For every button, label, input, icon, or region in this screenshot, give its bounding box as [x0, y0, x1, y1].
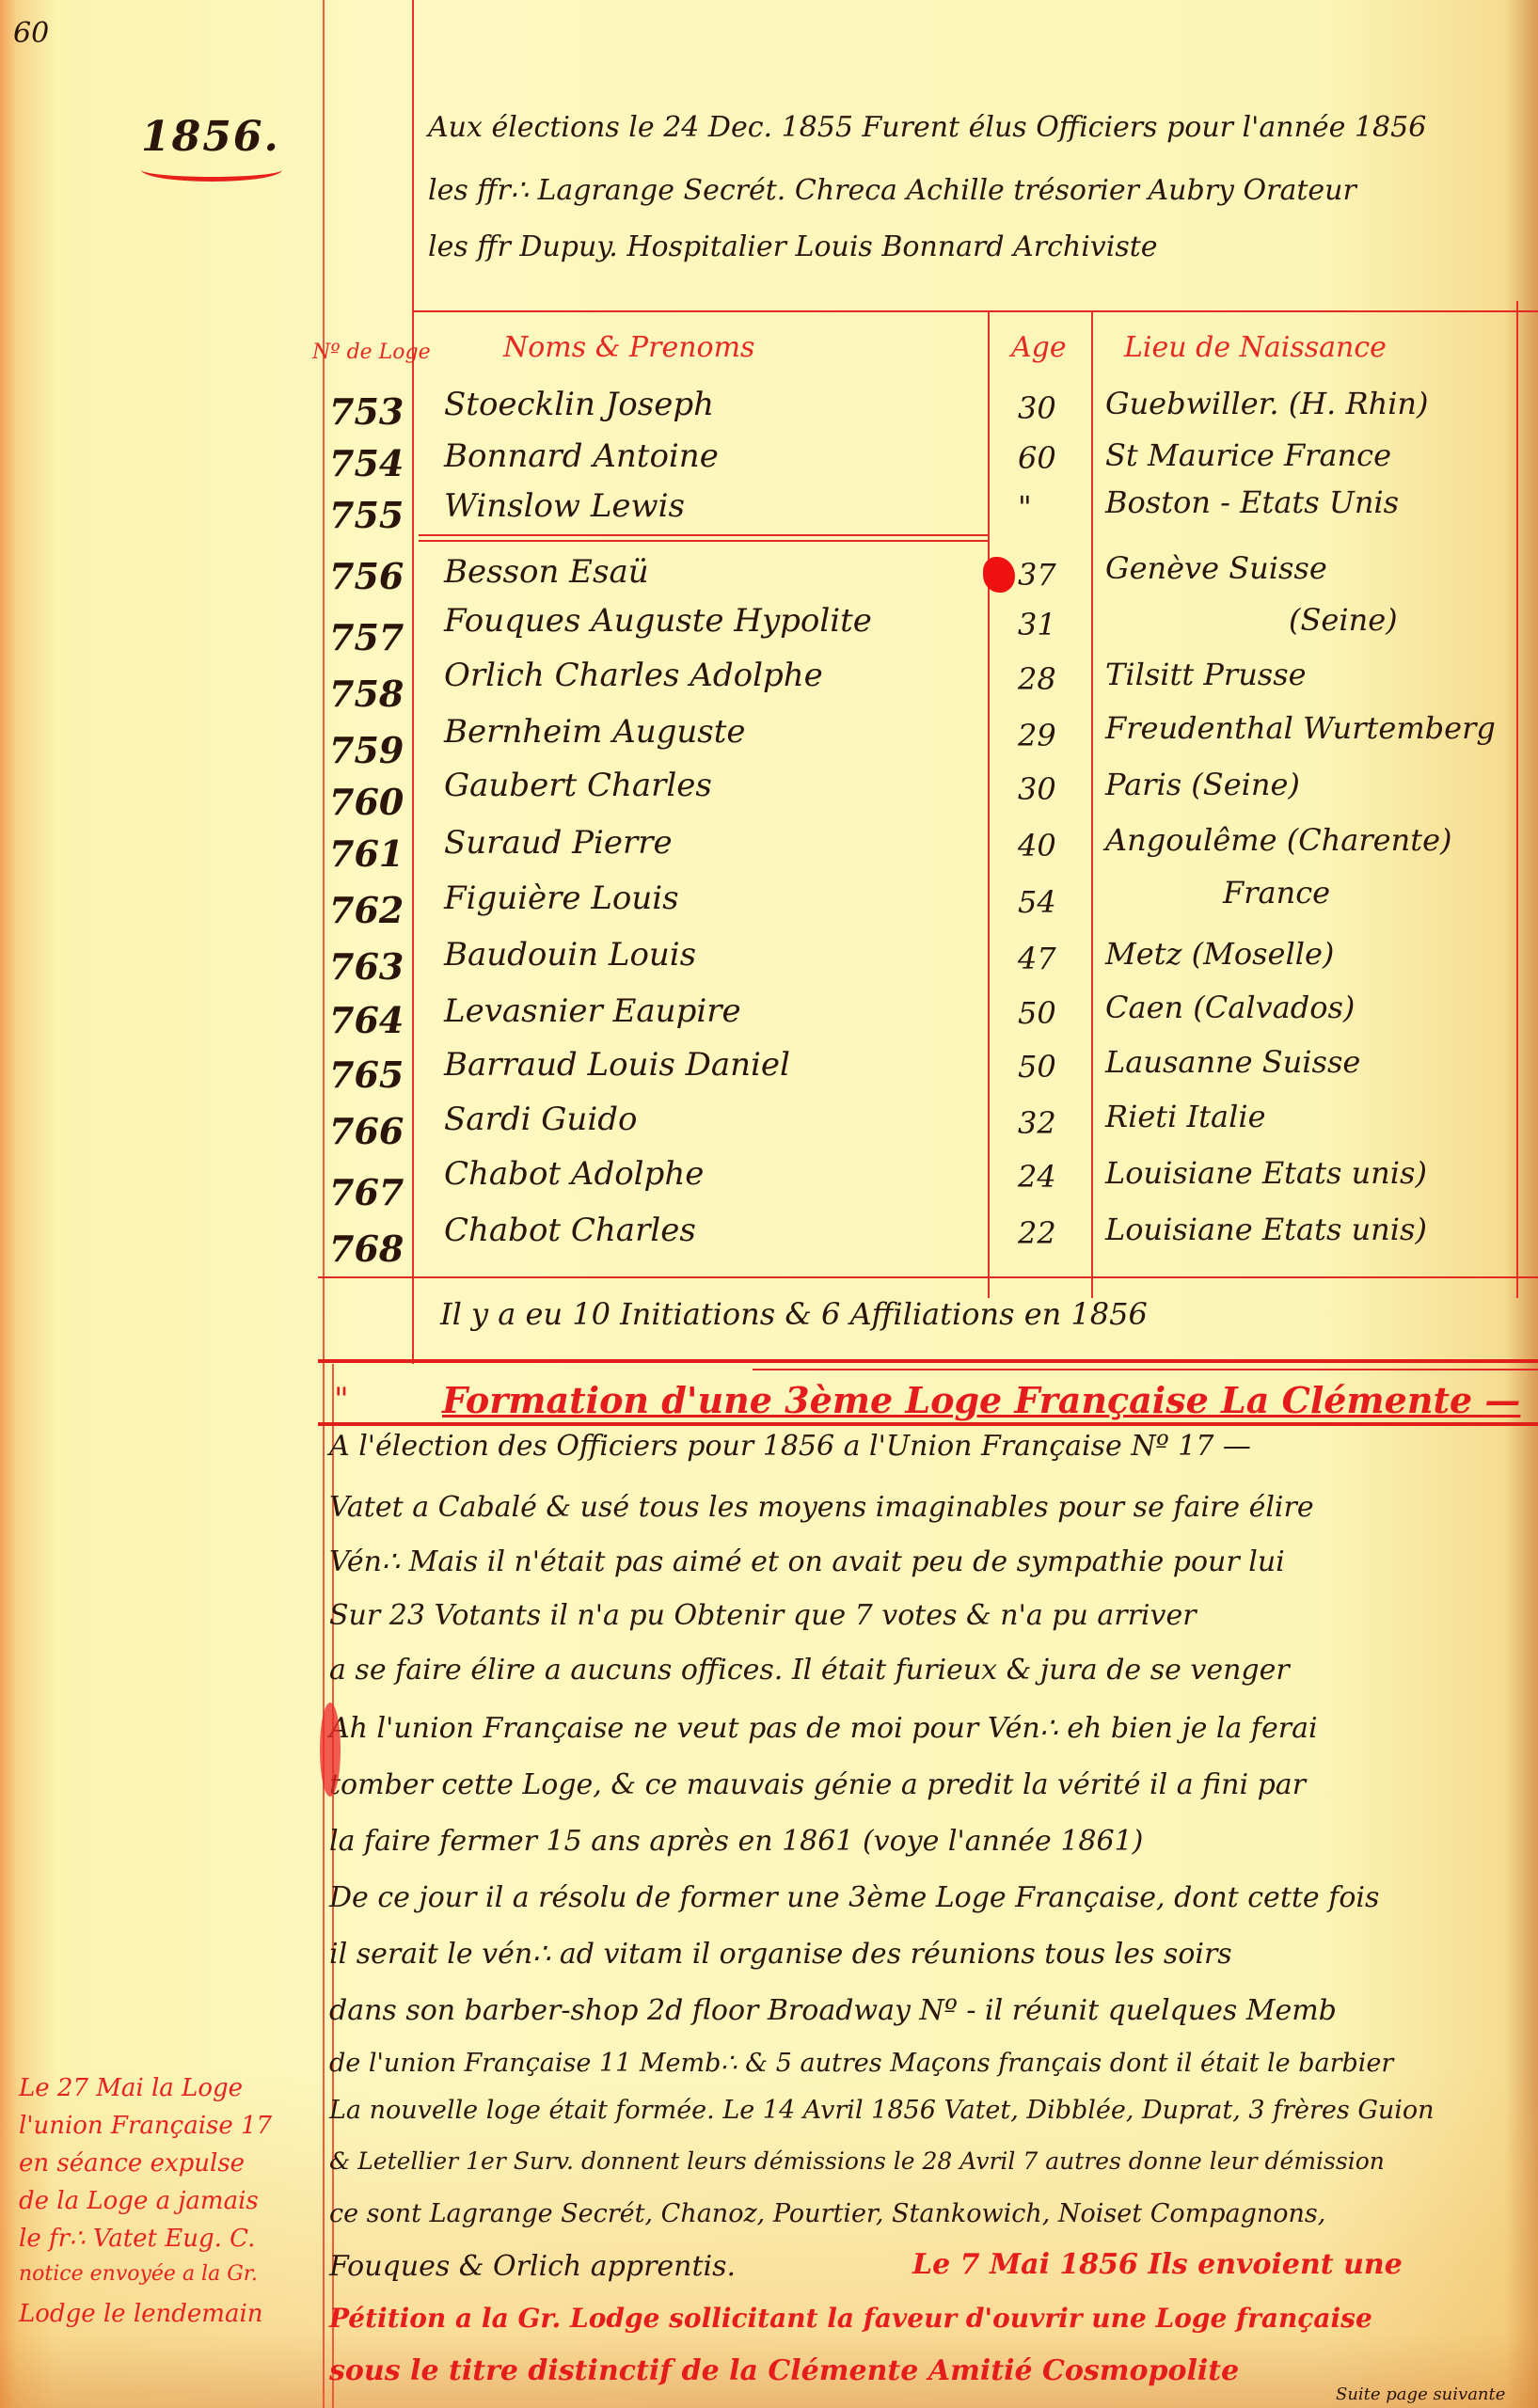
lodge-number: 754: [329, 442, 404, 484]
paragraph-line: Fouques & Orlich apprentis.: [329, 2250, 736, 2283]
paragraph-line: tomber cette Loge, & ce mauvais génie a …: [329, 1768, 1306, 1801]
member-name: Figuière Louis: [444, 879, 679, 917]
paragraph-line: De ce jour il a résolu de former une 3èm…: [329, 1881, 1379, 1914]
member-birthplace: (Seine): [1289, 602, 1398, 638]
affiliation-divider-rule-2: [419, 540, 988, 542]
member-birthplace: Guebwiller. (H. Rhin): [1105, 386, 1429, 421]
register-margin-rule: [412, 0, 414, 1364]
section-title: Formation d'une 3ème Loge Française La C…: [442, 1379, 1520, 1421]
paragraph-line: il serait le vén∴ ad vitam il organise d…: [329, 1938, 1232, 1971]
continuation-note: Suite page suivante: [1336, 2384, 1505, 2404]
member-birthplace: Tilsitt Prusse: [1105, 657, 1307, 692]
member-birthplace: Louisiane Etats unis): [1105, 1155, 1427, 1191]
summary-bottom-rule: [318, 1359, 1538, 1363]
paragraph-line: A l'élection des Officiers pour 1856 a l…: [329, 1430, 1251, 1463]
member-name: Bonnard Antoine: [444, 437, 719, 475]
lodge-number: 760: [329, 781, 404, 823]
lodge-number: 763: [329, 945, 404, 988]
margin-note-line: Le 27 Mai la Loge: [19, 2074, 243, 2102]
lodge-number: 759: [329, 729, 404, 771]
lodge-number: 756: [329, 555, 404, 597]
member-birthplace: Boston - Etats Unis: [1105, 484, 1399, 520]
member-name: Levasnier Eaupire: [444, 992, 741, 1030]
register-summary: Il y a eu 10 Initiations & 6 Affiliation…: [440, 1296, 1148, 1332]
red-line: sous le titre distinctif de la Clémente …: [329, 2354, 1239, 2387]
member-name: Bernheim Auguste: [444, 713, 746, 751]
age-column-rule-right: [1091, 310, 1093, 1298]
right-margin-rule: [1516, 301, 1518, 1298]
lodge-number: 767: [329, 1171, 404, 1213]
ditto-mark: ": [334, 1381, 349, 1418]
member-age: 54: [1018, 884, 1056, 920]
year-heading: 1856.: [141, 113, 280, 161]
lodge-number: 762: [329, 889, 404, 931]
intro-line-3: les ffr Dupuy. Hospitalier Louis Bonnard…: [428, 230, 1158, 263]
member-birthplace: Louisiane Etats unis): [1105, 1212, 1427, 1247]
member-age: 24: [1018, 1159, 1056, 1195]
lodge-number: 758: [329, 673, 404, 715]
column-header-age: Age: [1011, 331, 1067, 364]
lodge-number: 761: [329, 832, 404, 875]
member-name: Chabot Adolphe: [444, 1155, 704, 1193]
paragraph-line: dans son barber-shop 2d floor Broadway N…: [329, 1994, 1337, 2027]
paragraph-line: Ah l'union Française ne veut pas de moi …: [329, 1712, 1318, 1745]
lodge-number: 768: [329, 1228, 404, 1270]
paragraph-line: & Letellier 1er Surv. donnent leurs démi…: [329, 2147, 1385, 2175]
lodge-number: 757: [329, 616, 404, 658]
red-ink-smudge: [320, 1703, 341, 1797]
member-age: 22: [1018, 1215, 1056, 1251]
member-name: Suraud Pierre: [444, 824, 673, 862]
page-number: 60: [13, 17, 49, 50]
member-name: Barraud Louis Daniel: [444, 1046, 790, 1084]
member-age: 50: [1018, 995, 1056, 1031]
member-age: 40: [1018, 828, 1056, 863]
member-age: 37: [1018, 557, 1056, 593]
lodge-number: 755: [329, 494, 404, 536]
margin-note-line: de la Loge a jamais: [19, 2187, 259, 2215]
member-birthplace: Angoulême (Charente): [1105, 822, 1451, 858]
member-birthplace: Lausanne Suisse: [1105, 1044, 1360, 1080]
margin-note-line: l'union Française 17: [19, 2112, 272, 2140]
column-header-name: Noms & Prenoms: [503, 331, 754, 364]
red-line: Pétition a la Gr. Lodge sollicitant la f…: [329, 2303, 1372, 2334]
member-age: 32: [1018, 1105, 1056, 1141]
paragraph-line: Vatet a Cabalé & usé tous les moyens ima…: [329, 1491, 1314, 1524]
paragraph-line: a se faire élire a aucuns offices. Il ét…: [329, 1654, 1290, 1687]
member-name: Besson Esaü: [444, 553, 649, 591]
member-name: Gaubert Charles: [444, 767, 712, 804]
paragraph-line: de l'union Française 11 Memb∴ & 5 autres…: [329, 2049, 1393, 2078]
lodge-number: 766: [329, 1110, 404, 1152]
intro-line-1: Aux élections le 24 Dec. 1855 Furent élu…: [428, 111, 1426, 144]
member-age: 31: [1018, 607, 1056, 642]
member-birthplace: Metz (Moselle): [1105, 936, 1334, 972]
year-flourish-decoration: [141, 158, 282, 182]
paragraph-line: Sur 23 Votants il n'a pu Obtenir que 7 v…: [329, 1599, 1197, 1632]
age-column-rule-left: [988, 310, 990, 1298]
member-birthplace: Freudenthal Wurtemberg: [1105, 710, 1496, 746]
column-header-number: Nº de Loge: [312, 341, 431, 364]
red-line: Le 7 Mai 1856 Ils envoient une: [912, 2248, 1403, 2281]
member-name: Sardi Guido: [444, 1101, 637, 1138]
member-name: Orlich Charles Adolphe: [444, 657, 823, 694]
intro-line-2: les ffr∴ Lagrange Secrét. Chreca Achille…: [428, 174, 1356, 207]
member-age: 60: [1018, 440, 1056, 476]
column-header-birthplace: Lieu de Naissance: [1124, 331, 1387, 364]
table-bottom-rule: [318, 1276, 1538, 1278]
member-age: 29: [1018, 718, 1056, 753]
paragraph-line: La nouvelle loge était formée. Le 14 Avr…: [329, 2096, 1435, 2125]
member-name: Chabot Charles: [444, 1212, 696, 1249]
margin-note-line: le fr∴ Vatet Eug. C.: [19, 2225, 255, 2253]
lodge-number: 753: [329, 390, 404, 433]
section-title-rule: [318, 1422, 1538, 1426]
lodge-number: 765: [329, 1053, 404, 1096]
member-birthplace: Caen (Calvados): [1105, 990, 1355, 1025]
margin-note-line: notice envoyée a la Gr.: [19, 2262, 258, 2286]
margin-note-line: Lodge le lendemain: [19, 2300, 263, 2328]
member-age: 30: [1018, 390, 1056, 426]
paragraph-line: Vén∴ Mais il n'était pas aimé et on avai…: [329, 1545, 1285, 1578]
member-birthplace: Genève Suisse: [1105, 550, 1327, 586]
table-top-rule: [412, 310, 1538, 312]
member-age: 47: [1018, 941, 1056, 976]
member-birthplace: Paris (Seine): [1105, 767, 1300, 802]
member-birthplace: France: [1223, 875, 1330, 911]
member-birthplace: St Maurice France: [1105, 437, 1391, 473]
member-name: Winslow Lewis: [444, 487, 685, 525]
member-birthplace: Rieti Italie: [1105, 1099, 1266, 1134]
member-name: Fouques Auguste Hypolite: [444, 602, 872, 640]
member-name: Stoecklin Joseph: [444, 386, 714, 423]
lodge-number: 764: [329, 999, 404, 1041]
affiliation-divider-rule: [419, 534, 988, 536]
member-age: 50: [1018, 1049, 1056, 1085]
member-age: 28: [1018, 661, 1056, 697]
member-age: 30: [1018, 771, 1056, 807]
member-age: ": [1018, 489, 1032, 525]
summary-bottom-rule-2: [753, 1369, 1538, 1370]
member-name: Baudouin Louis: [444, 936, 696, 974]
margin-note-line: en séance expulse: [19, 2149, 245, 2178]
red-ink-blot: [983, 557, 1015, 593]
paragraph-line: la faire fermer 15 ans après en 1861 (vo…: [329, 1825, 1143, 1858]
paragraph-line: ce sont Lagrange Secrét, Chanoz, Pourtie…: [329, 2199, 1325, 2228]
